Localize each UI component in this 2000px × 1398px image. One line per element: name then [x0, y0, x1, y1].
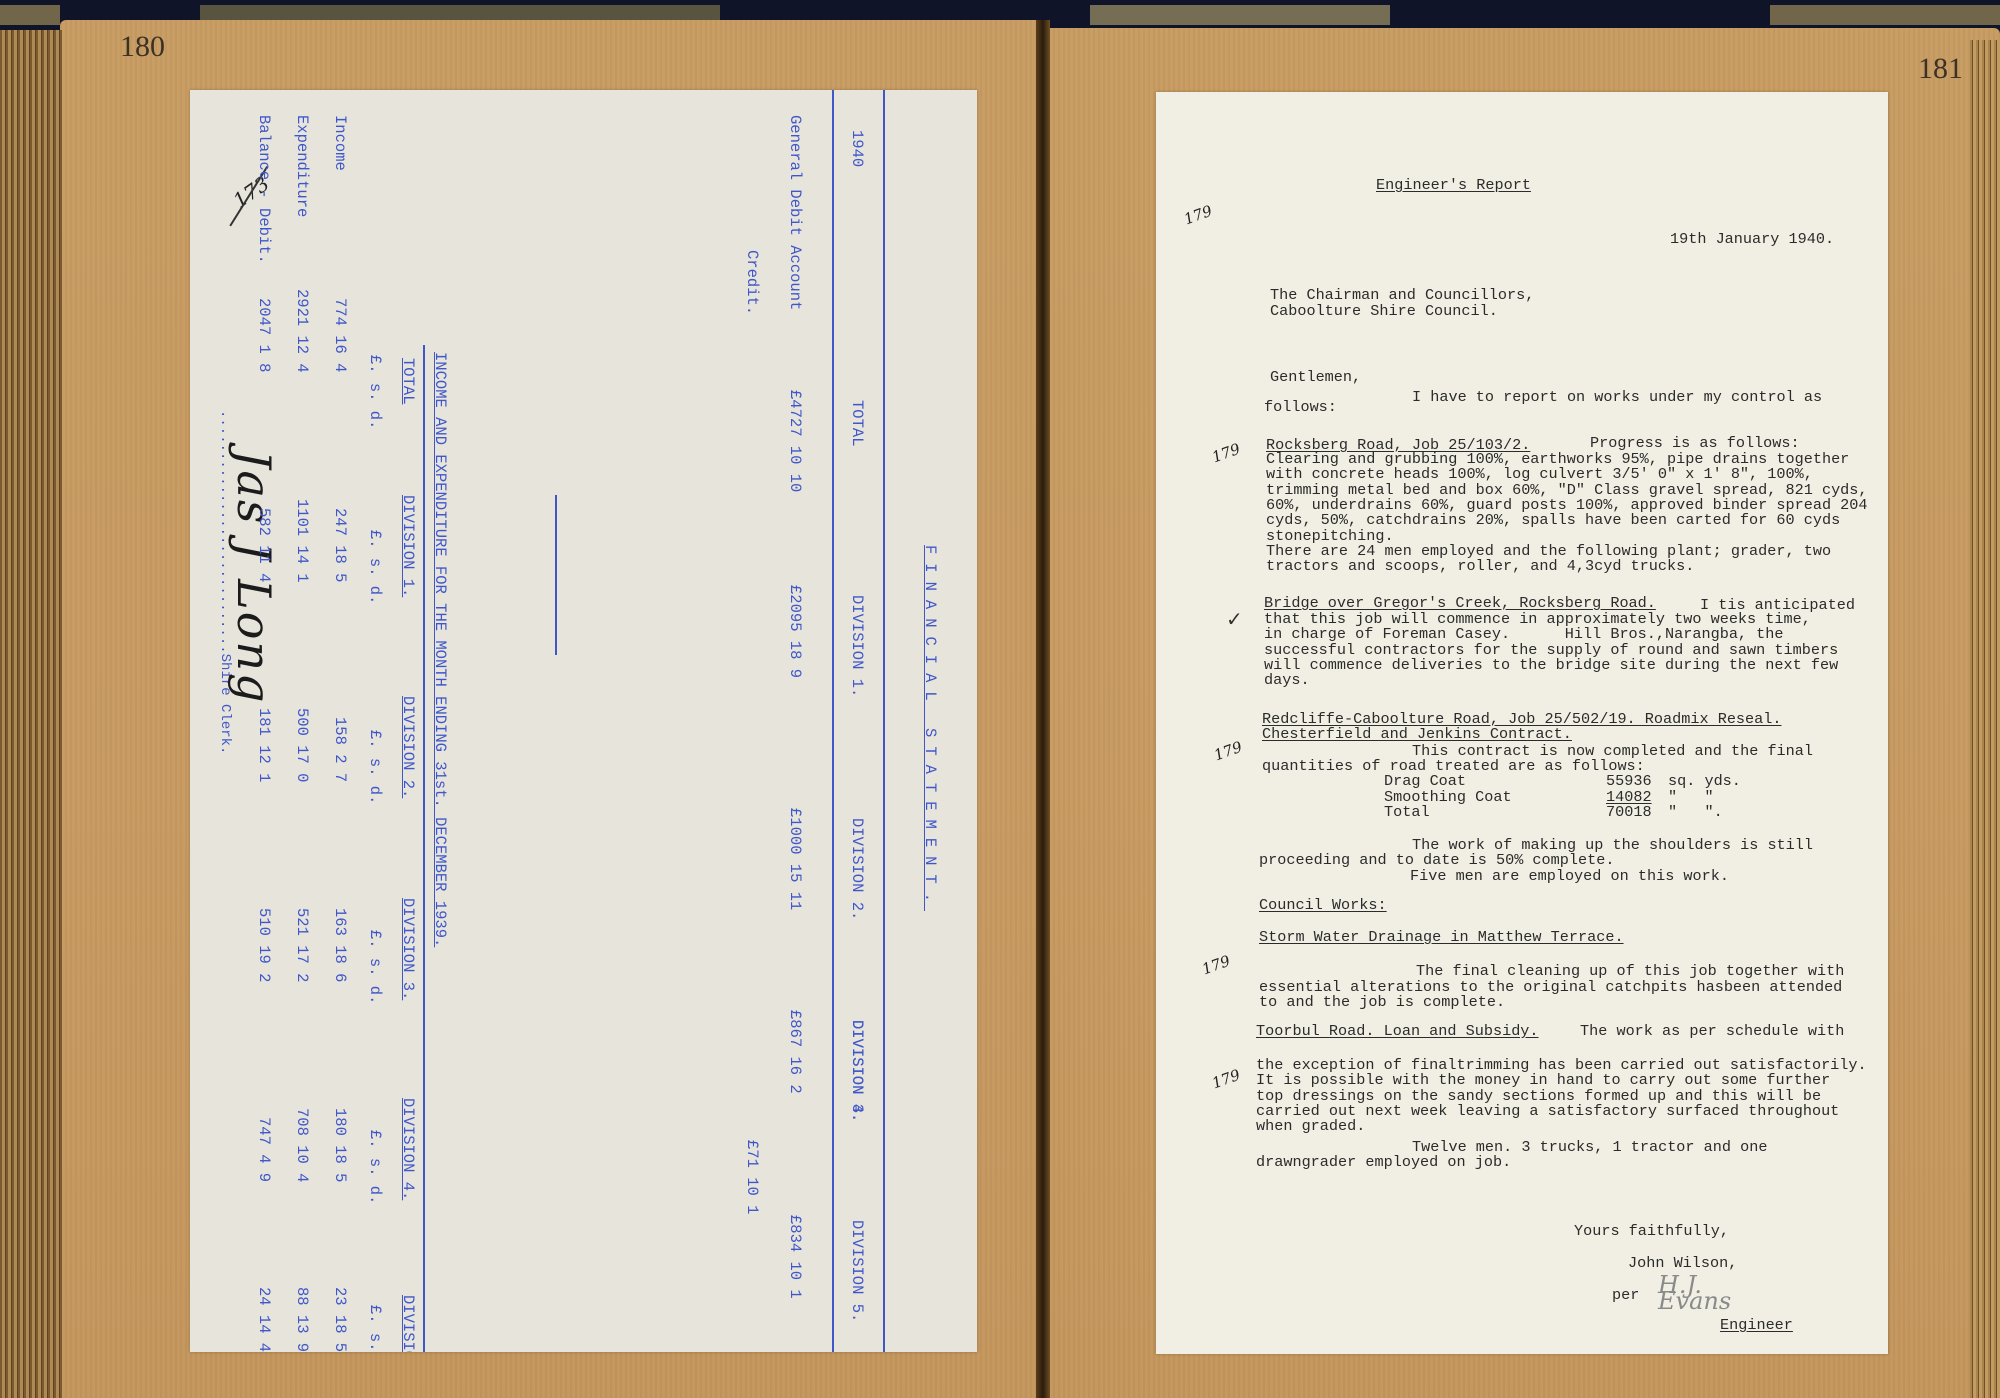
- monthly-value: 2921 12 4: [294, 289, 310, 373]
- report-line: days.: [1264, 673, 1310, 689]
- left-page-number: 180: [120, 30, 165, 64]
- monthly-column-header: DIVISION 2.: [400, 696, 416, 798]
- intro-line-1: I have to report on works under my contr…: [1412, 390, 1822, 406]
- units-label: £. s. d.: [367, 530, 383, 604]
- monthly-value: 158 2 7: [332, 717, 348, 782]
- financial-statement-sheet: 173 FINANCIAL STATEMENT. 1940 General De…: [190, 90, 977, 1352]
- role-label: Engineer: [1720, 1318, 1793, 1334]
- monthly-column-header: DIVISION 4.: [400, 1098, 416, 1200]
- units-label: £. s. d.: [367, 730, 383, 804]
- credit-label: Credit.: [744, 250, 760, 315]
- short-rule: [556, 495, 558, 655]
- monthly-heading: INCOME AND EXPENDITURE FOR THE MONTH END…: [432, 352, 448, 947]
- monthly-value: 180 18 5: [332, 1108, 348, 1182]
- quantity-unit: " ".: [1668, 805, 1723, 821]
- salutation: Gentlemen,: [1270, 370, 1361, 386]
- report-line: when graded.: [1256, 1119, 1365, 1135]
- report-line: Five men are employed on this work.: [1410, 869, 1729, 885]
- debit-value: £867 16 2: [787, 1010, 803, 1094]
- report-line: The work as per schedule with: [1580, 1024, 1844, 1040]
- monthly-value: 747 4 9: [256, 1117, 272, 1182]
- debit-value: £834 10 1: [787, 1215, 803, 1299]
- column-header: TOTAL: [849, 400, 865, 447]
- left-page-edges: [0, 30, 62, 1398]
- monthly-value: 510 19 2: [256, 908, 272, 982]
- units-label: £. s. d.: [367, 930, 383, 1004]
- monthly-value: 708 10 4: [294, 1108, 310, 1182]
- report-title: Engineer's Report: [1376, 178, 1531, 194]
- financial-statement-title: FINANCIAL STATEMENT.: [922, 545, 938, 911]
- report-line: tractors and scoops, roller, and 4,3cyd …: [1266, 559, 1694, 575]
- units-label: £. s. d.: [367, 355, 383, 429]
- units-label: £. s. d.: [367, 1305, 383, 1352]
- year-label: 1940: [849, 130, 865, 167]
- book-gutter: [1036, 20, 1050, 1398]
- monthly-value: 88 13 9: [294, 1287, 310, 1352]
- quantity-value: 70018: [1606, 805, 1652, 821]
- column-header: DIVISION 1.: [849, 595, 865, 697]
- signatory: John Wilson,: [1628, 1256, 1737, 1272]
- intro-line-2: follows:: [1264, 400, 1337, 416]
- row-label: Income: [332, 115, 348, 171]
- monthly-value: 582 11 4: [256, 508, 272, 582]
- monthly-value: 24 14 4: [256, 1287, 272, 1352]
- monthly-value: 774 16 4: [332, 298, 348, 372]
- debit-value: £1000 15 11: [787, 808, 803, 910]
- monthly-value: 500 17 0: [294, 708, 310, 782]
- report-date: 19th January 1940.: [1670, 232, 1834, 248]
- monthly-value: 181 12 1: [256, 708, 272, 782]
- general-debit-label: General Debit Account: [787, 115, 803, 310]
- financial-statement-rotated: FINANCIAL STATEMENT. 1940 General Debit …: [190, 90, 977, 1352]
- report-line: to and the job is complete.: [1259, 995, 1505, 1011]
- debit-value: £4727 10 10: [787, 390, 803, 492]
- row-label: Expenditure: [294, 115, 310, 217]
- column-header: DIVISION 4.: [849, 1020, 865, 1122]
- monthly-value: 23 18 5: [332, 1287, 348, 1352]
- monthly-value: 1101 14 1: [294, 499, 310, 583]
- top-rule: [884, 90, 886, 1352]
- units-label: £. s. d.: [367, 1130, 383, 1204]
- section-heading-toorbul: Toorbul Road. Loan and Subsidy.: [1256, 1024, 1539, 1040]
- monthly-column-header: DIVISION 3.: [400, 898, 416, 1000]
- monthly-rule: [424, 345, 426, 1352]
- credit-value: £71 10 1: [744, 1140, 760, 1214]
- closing: Yours faithfully,: [1574, 1224, 1729, 1240]
- right-page-number: 181: [1918, 52, 1963, 86]
- right-page-edges: [1970, 40, 2000, 1398]
- report-line: drawngrader employed on job.: [1256, 1155, 1511, 1171]
- monthly-value: 247 18 5: [332, 508, 348, 582]
- tick-mark-icon: ✓: [1226, 612, 1243, 628]
- column-header: DIVISION 2.: [849, 818, 865, 920]
- column-header: DIVISION 5.: [849, 1220, 865, 1322]
- section-heading-council-works: Council Works:: [1259, 898, 1387, 914]
- debit-value: £2095 18 9: [787, 585, 803, 678]
- monthly-column-header: TOTAL: [400, 358, 416, 405]
- header-rule: [833, 90, 835, 1352]
- report-line: will commence deliveries to the bridge s…: [1264, 658, 1838, 674]
- monthly-column-header: DIVISION 5.: [400, 1295, 416, 1352]
- addressee-line-2: Caboolture Shire Council.: [1270, 304, 1498, 320]
- section-heading-storm-water: Storm Water Drainage in Matthew Terrace.: [1259, 930, 1624, 946]
- monthly-value: 163 18 6: [332, 908, 348, 982]
- quantity-item: Total: [1384, 805, 1430, 821]
- monthly-column-header: DIVISION 1.: [400, 495, 416, 597]
- per-label: per: [1612, 1288, 1639, 1304]
- row-label: Balance - Debit.: [256, 115, 272, 264]
- section-subheading-redcliffe: Chesterfield and Jenkins Contract.: [1262, 727, 1572, 743]
- monthly-value: 2047 1 8: [256, 298, 272, 372]
- pencil-signature: H.J. Evans: [1658, 1278, 1731, 1309]
- monthly-value: 521 17 2: [294, 908, 310, 982]
